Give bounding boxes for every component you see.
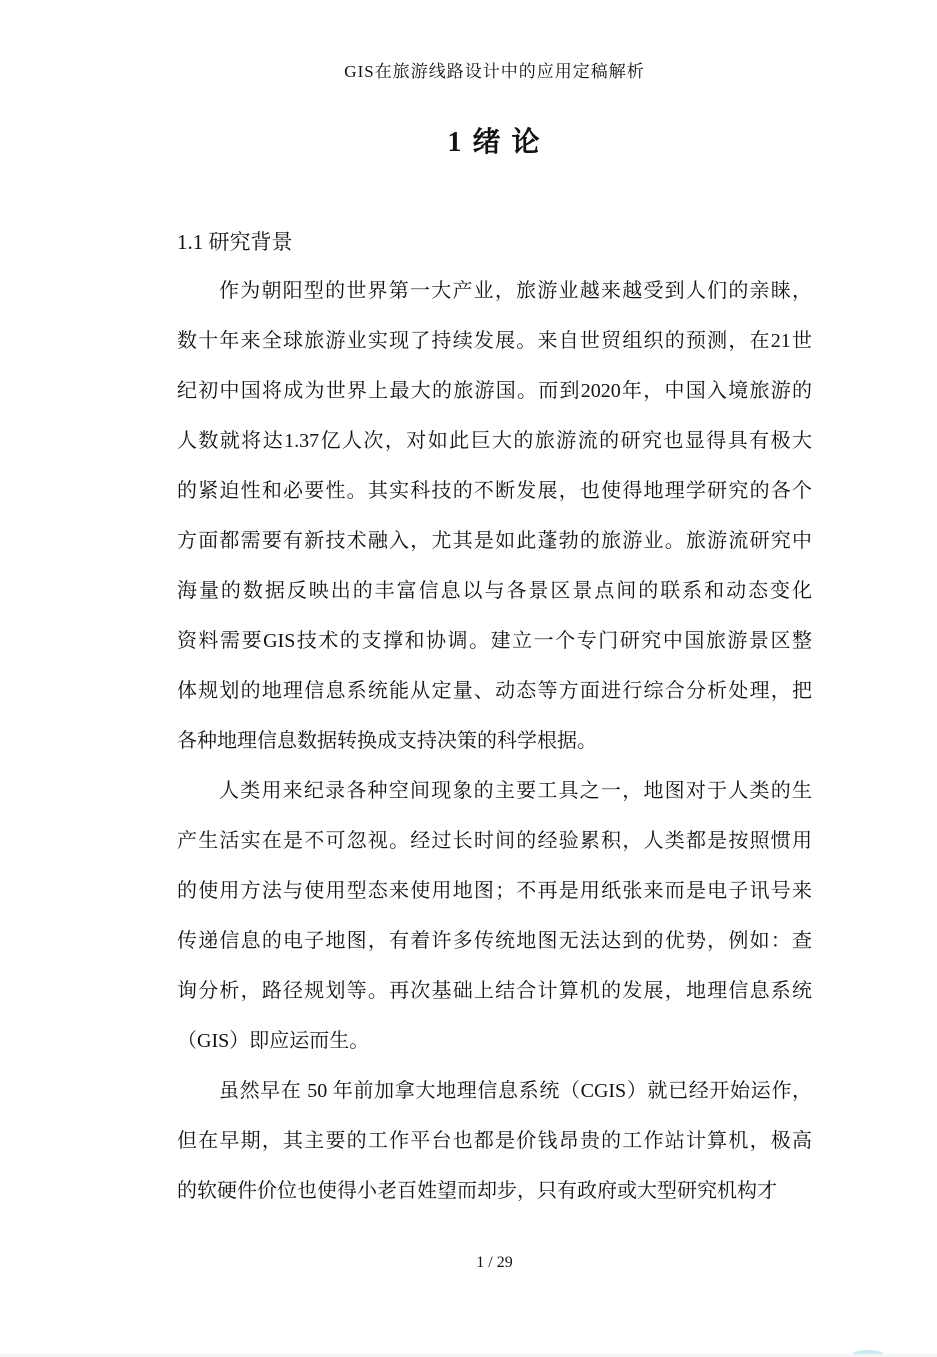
paragraph-line: （GIS）即应运而生。 (177, 1016, 812, 1066)
paragraph-line: 纪初中国将成为世界上最大的旅游国。而到2020年，中国入境旅游的 (177, 366, 812, 416)
paragraph-line: 各种地理信息数据转换成支持决策的科学根据。 (177, 716, 812, 766)
page-number: 1 / 29 (177, 1252, 812, 1274)
paragraph-line: 询分析，路径规划等。再次基础上结合计算机的发展，地理信息系统 (177, 966, 812, 1016)
paragraph-line: 但在早期，其主要的工作平台也都是价钱昂贵的工作站计算机，极高 (177, 1116, 812, 1166)
page-content: GIS在旅游线路设计中的应用定稿解析 1 绪 论 1.1 研究背景 作为朝阳型的… (0, 60, 812, 1216)
paragraph-line: 作为朝阳型的世界第一大产业，旅游业越来越受到人们的亲睐， (177, 266, 812, 316)
document-header-title: GIS在旅游线路设计中的应用定稿解析 (177, 60, 812, 84)
paragraph-line: 虽然早在 50 年前加拿大地理信息系统（CGIS）就已经开始运作， (177, 1066, 812, 1116)
paragraph-line: 人数就将达1.37亿人次，对如此巨大的旅游流的研究也显得具有极大 (177, 416, 812, 466)
paragraph-line: 资料需要GIS技术的支撑和协调。建立一个专门研究中国旅游景区整 (177, 616, 812, 666)
paragraph-line: 数十年来全球旅游业实现了持续发展。来自世贸组织的预测，在21世 (177, 316, 812, 366)
paragraph-line: 体规划的地理信息系统能从定量、动态等方面进行综合分析处理，把 (177, 666, 812, 716)
paragraph-line: 的软硬件价位也使得小老百姓望而却步，只有政府或大型研究机构才 (177, 1166, 812, 1216)
paragraph-line: 产生活实在是不可忽视。经过长时间的经验累积，人类都是按照惯用 (177, 816, 812, 866)
paragraph-line: 方面都需要有新技术融入，尤其是如此蓬勃的旅游业。旅游流研究中 (177, 516, 812, 566)
chapter-title: 1 绪 论 (177, 126, 812, 160)
paragraph-line: 传递信息的电子地图，有着许多传统地图无法达到的优势，例如：查 (177, 916, 812, 966)
paragraph-line: 的紧迫性和必要性。其实科技的不断发展，也使得地理学研究的各个 (177, 466, 812, 516)
section-heading: 1.1 研究背景 (177, 228, 812, 256)
paragraph-line: 人类用来纪录各种空间现象的主要工具之一，地图对于人类的生 (177, 766, 812, 816)
paragraph-line: 的使用方法与使用型态来使用地图；不再是用纸张来而是电子讯号来 (177, 866, 812, 916)
paragraph-line: 海量的数据反映出的丰富信息以与各景区景点间的联系和动态变化 (177, 566, 812, 616)
document-page: GIS在旅游线路设计中的应用定稿解析 1 绪 论 1.1 研究背景 作为朝阳型的… (0, 0, 937, 1357)
body-text: 作为朝阳型的世界第一大产业，旅游业越来越受到人们的亲睐，数十年来全球旅游业实现了… (177, 266, 812, 1216)
